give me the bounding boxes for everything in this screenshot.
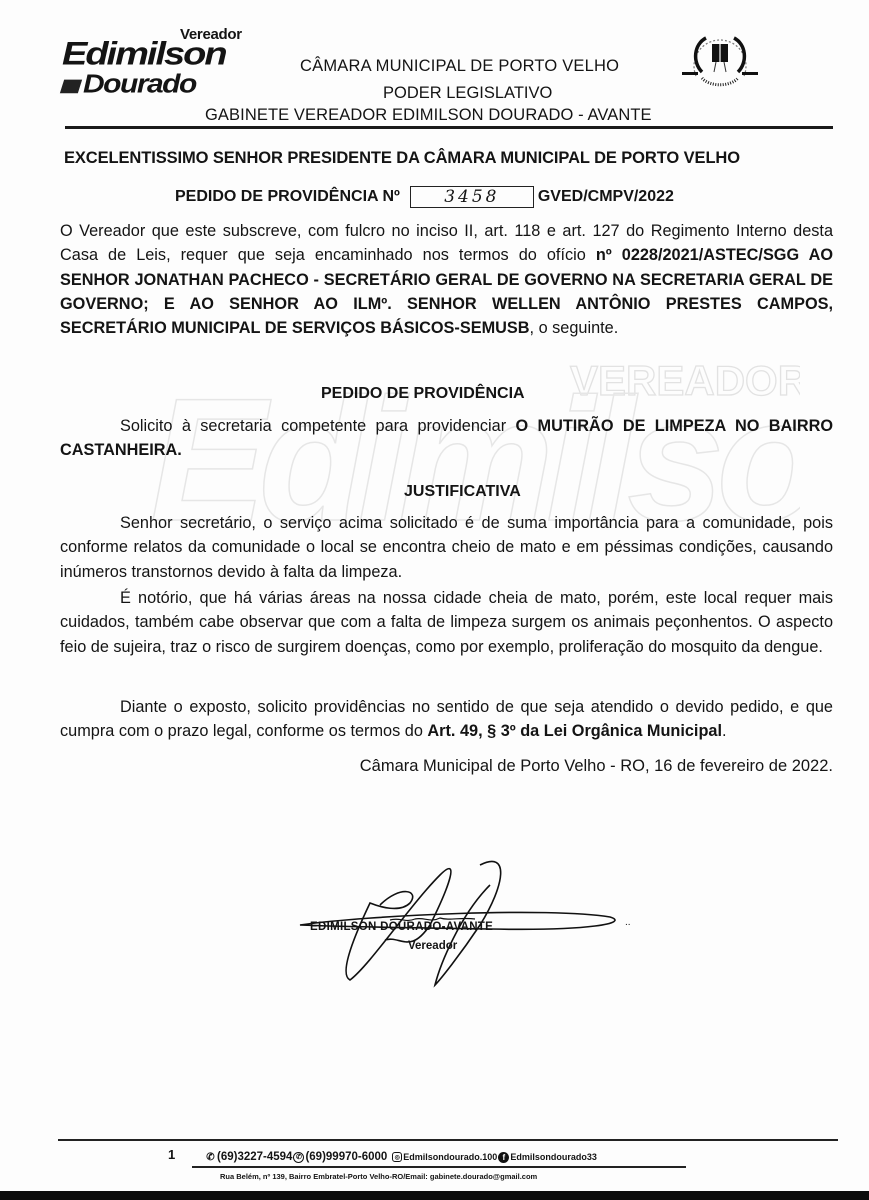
office-name: GABINETE VEREADOR EDIMILSON DOURADO - AV… bbox=[205, 106, 652, 125]
intro-paragraph: O Vereador que este subscreve, com fulcr… bbox=[60, 219, 833, 340]
office-address: Rua Belém, nº 139, Bairro Embratel-Porto… bbox=[220, 1172, 537, 1181]
request-paragraph: Solicito à secretaria competente para pr… bbox=[60, 414, 833, 463]
place-and-date: Câmara Municipal de Porto Velho - RO, 16… bbox=[360, 757, 833, 776]
legal-reference: Art. 49, § 3º da Lei Orgânica Municipal bbox=[427, 722, 722, 740]
handwritten-signature-icon: .. bbox=[290, 845, 650, 995]
institution-name: CÂMARA MUNICIPAL DE PORTO VELHO bbox=[300, 57, 619, 76]
document-page: VEREADOR Edimilson Vereador Edimilson Do… bbox=[0, 0, 869, 1200]
logo-first-name: Edimilson bbox=[62, 38, 226, 70]
footer-divider-2 bbox=[192, 1166, 686, 1168]
whatsapp-number: (69)99970-6000 bbox=[305, 1151, 387, 1163]
page-number: 1 bbox=[168, 1147, 175, 1162]
scan-bottom-edge bbox=[0, 1191, 869, 1200]
signatory-name: EDIMILSON DOURADO-AVANTE bbox=[310, 921, 493, 933]
legislative-branch: PODER LEGISLATIVO bbox=[383, 84, 552, 103]
camara-emblem-icon bbox=[678, 26, 762, 90]
svg-text:VEREADOR: VEREADOR bbox=[570, 357, 800, 404]
addressee-heading: EXCELENTISSIMO SENHOR PRESIDENTE DA CÂMA… bbox=[64, 149, 824, 168]
instagram-icon: ◎ bbox=[392, 1152, 402, 1162]
header-divider bbox=[65, 126, 833, 129]
justification-paragraph-2: É notório, que há várias áreas na nossa … bbox=[60, 586, 833, 659]
phone-number: (69)3227-4594 bbox=[217, 1151, 292, 1163]
councilor-logo: Vereador Edimilson Dourado bbox=[62, 26, 262, 106]
request-number-box: 3458 bbox=[410, 186, 534, 208]
request-number-line: PEDIDO DE PROVIDÊNCIA Nº 3458 GVED/CMPV/… bbox=[175, 186, 674, 208]
logo-last-name: Dourado bbox=[62, 72, 196, 98]
footer-divider bbox=[58, 1139, 838, 1141]
request-suffix: GVED/CMPV/2022 bbox=[538, 188, 674, 206]
whatsapp-icon: ✆ bbox=[293, 1152, 304, 1163]
justification-paragraph-3: Diante o exposto, solicito providências … bbox=[60, 695, 833, 744]
request-label: PEDIDO DE PROVIDÊNCIA Nº bbox=[175, 188, 400, 206]
instagram-handle: Edmilsondourado.100 bbox=[403, 1152, 497, 1162]
facebook-icon: f bbox=[498, 1152, 509, 1163]
flag-icon bbox=[60, 80, 82, 94]
phone-icon: ✆ bbox=[205, 1152, 216, 1163]
contact-line: ✆ (69)3227-4594 ✆ (69)99970-6000 ◎ Edmil… bbox=[204, 1151, 597, 1163]
facebook-handle: Edmilsondourado33 bbox=[510, 1152, 597, 1162]
svg-text:..: .. bbox=[625, 917, 631, 928]
signatory-role: Vereador bbox=[408, 940, 457, 952]
justification-paragraph-1: Senhor secretário, o serviço acima solic… bbox=[60, 511, 833, 584]
